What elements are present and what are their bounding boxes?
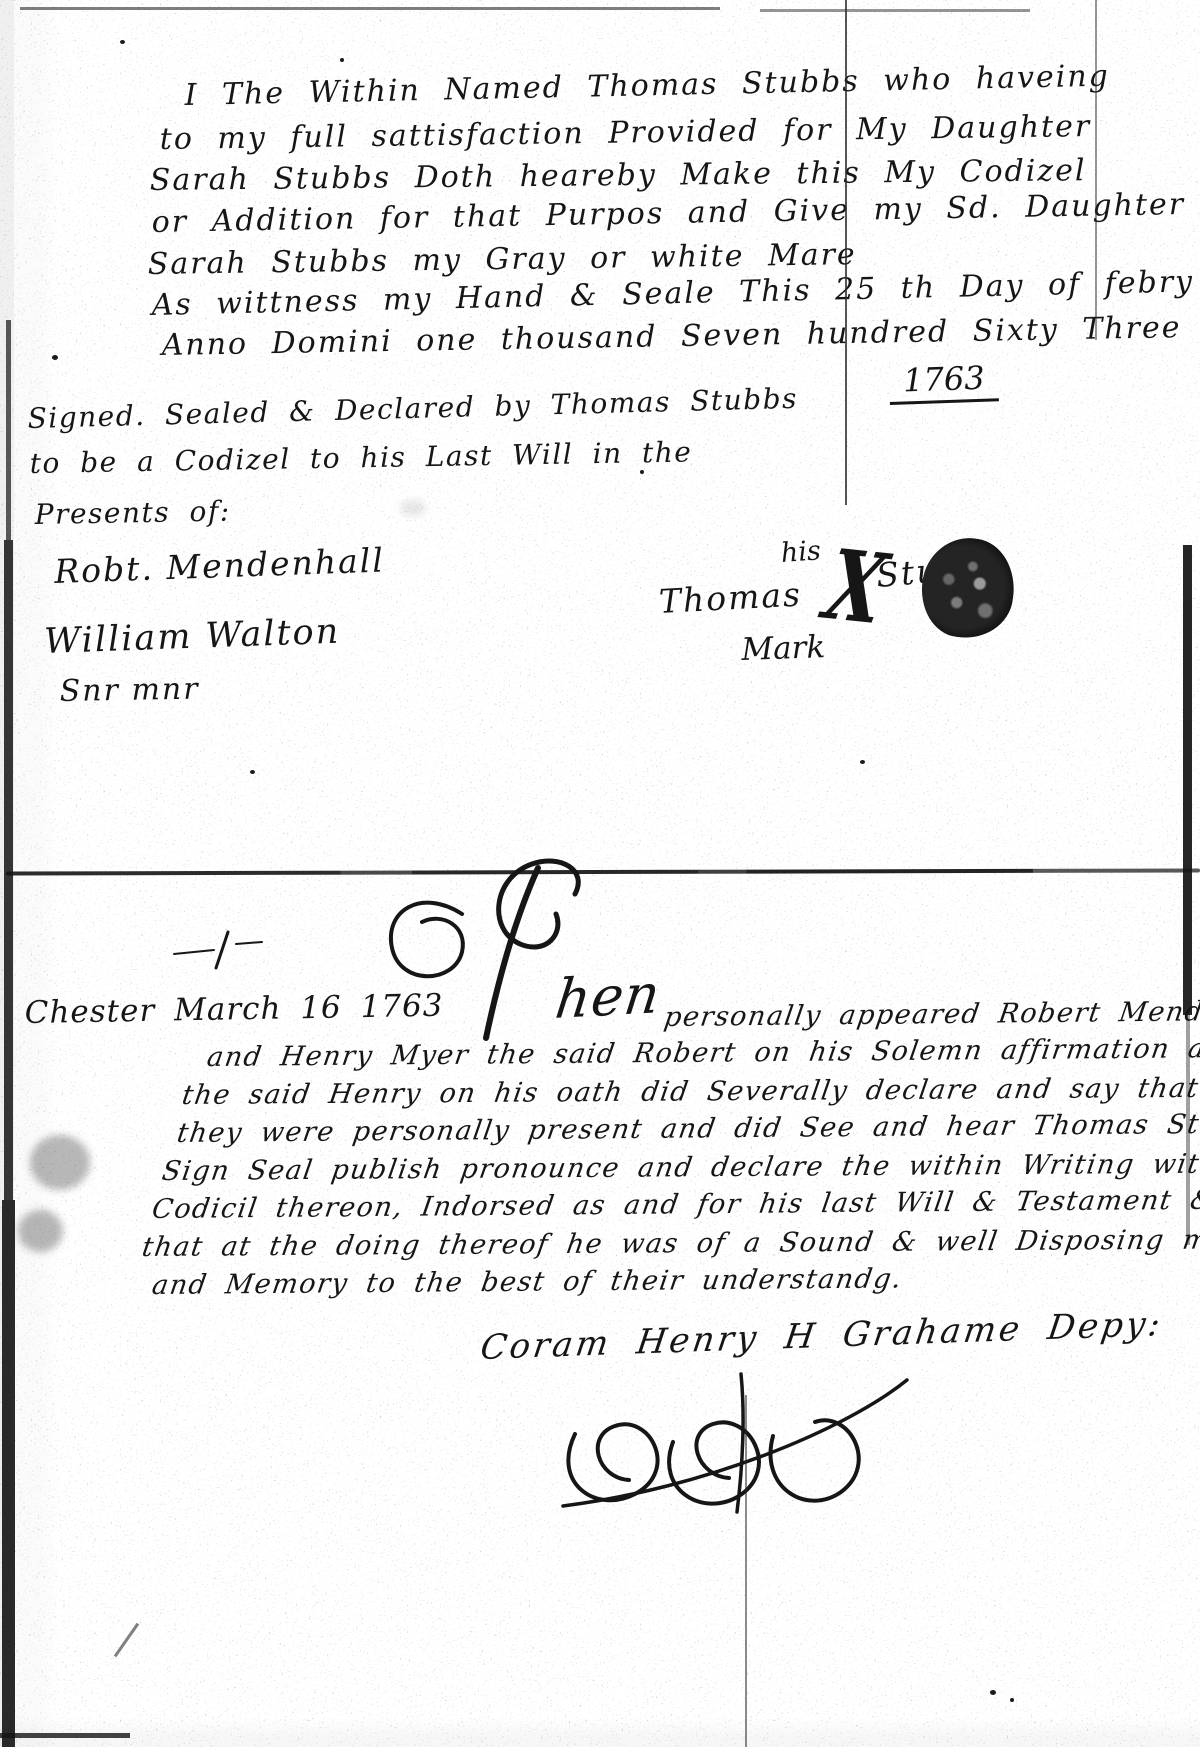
page-edge-left: [4, 540, 13, 1200]
witness-signature-robert-mendenhall: Robt. Mendenhall: [54, 540, 386, 591]
ink-smudge: [18, 1210, 63, 1252]
attestation-line: Signed. Sealed & Declared by Thomas Stub…: [27, 382, 798, 435]
probate-line: Codicil thereon, Indorsed as and for his…: [150, 1185, 1200, 1225]
scanned-document-page: I The Within Named Thomas Stubbs who hav…: [0, 0, 1200, 1747]
probate-line: and Henry Myer the said Robert on his So…: [205, 1033, 1200, 1073]
probate-line: Sign Seal publish pronounce and declare …: [160, 1149, 1200, 1187]
page-edge-top: [20, 7, 720, 10]
scan-speck: [1010, 1698, 1014, 1702]
probate-line: and Memory to the best of their understa…: [150, 1263, 905, 1301]
scan-speck: [52, 355, 58, 360]
page-edge-right: [1183, 545, 1192, 1015]
probate-line: personally appeared Robert Mendenhall: [662, 995, 1200, 1033]
page-edge-left: [2, 1200, 15, 1747]
coram-line: Coram Henry H Grahame Depy:: [478, 1304, 1166, 1368]
codicil-line: to my full sattisfaction Provided for My…: [160, 109, 1092, 157]
attestation-line: to be a Codizel to his Last Will in the: [29, 435, 692, 480]
attestation-line: Presents of:: [34, 495, 230, 531]
probate-line: they were personally present and did See…: [175, 1108, 1200, 1149]
his-label: his: [780, 535, 822, 569]
ink-smudge: [400, 500, 426, 516]
corner-mark-bottom-left: [114, 1623, 139, 1657]
probate-line: the said Henry on his oath did Severally…: [180, 1073, 1200, 1111]
scan-speck: [250, 770, 255, 774]
signature-flourish: [545, 1372, 925, 1532]
crease-vertical-top-center: [845, 0, 847, 505]
probate-drop-word-rest: hen: [552, 962, 664, 1031]
probate-line: that at the doing thereof he was of a So…: [140, 1224, 1200, 1263]
wax-seal: [915, 532, 1020, 644]
stray-pen-mark: [170, 930, 290, 970]
fold-line-horizontal: [6, 868, 1200, 875]
codicil-year: 1763: [888, 358, 999, 405]
ink-smudge: [30, 1135, 90, 1190]
page-edge-left: [6, 320, 11, 540]
crease-vertical-top-right: [1095, 0, 1097, 340]
witness-signature-william-walton: William Walton: [44, 612, 341, 662]
scan-speck: [640, 470, 644, 474]
witness-scribble: Snr mnr: [59, 672, 199, 709]
page-edge-right: [1186, 1015, 1190, 1245]
mark-label: Mark: [741, 629, 826, 668]
crease-vertical-bottom: [745, 1395, 747, 1747]
page-edge-top: [760, 9, 1030, 12]
scan-speck: [990, 1690, 996, 1695]
page-edge-bottom: [0, 1733, 130, 1738]
codicil-line: I The Within Named Thomas Stubbs who hav…: [184, 59, 1110, 113]
scan-speck: [120, 40, 125, 44]
testator-first-name: Thomas: [658, 575, 803, 621]
scan-speck: [340, 58, 344, 62]
scan-speck: [860, 760, 865, 764]
